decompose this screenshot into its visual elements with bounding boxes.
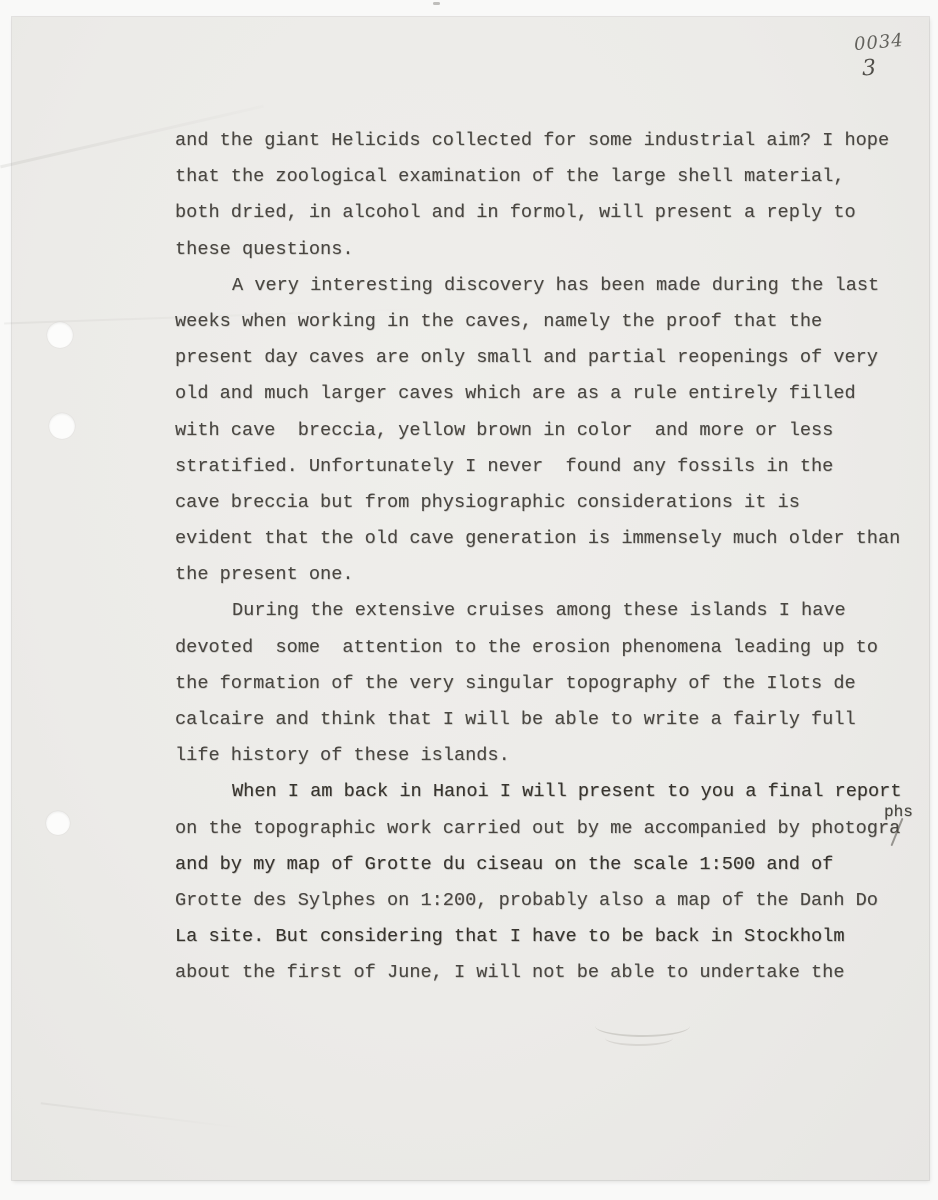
typed-line: La site. But considering that I have to … (175, 919, 937, 955)
scan-speck (433, 2, 440, 5)
punch-hole (49, 413, 75, 439)
typed-line: both dried, in alcohol and in formol, wi… (175, 195, 937, 231)
typed-line: the formation of the very singular topog… (175, 666, 937, 702)
paper-crease-mark (595, 1015, 690, 1046)
typed-line: that the zoological examination of the l… (175, 159, 937, 195)
typed-line: cave breccia but from physiographic cons… (175, 485, 937, 521)
typed-line: life history of these islands. (175, 738, 937, 774)
typed-line: about the first of June, I will not be a… (175, 955, 937, 991)
typed-text-block: and the giant Helicids collected for som… (175, 123, 937, 992)
typed-insertion-phs: phs (884, 803, 913, 821)
typed-line: and the giant Helicids collected for som… (175, 123, 937, 159)
typed-line: and by my map of Grotte du ciseau on the… (175, 847, 937, 883)
punch-hole (46, 811, 70, 835)
page-number: 3 (861, 56, 876, 82)
typed-line: on the topographic work carried out by m… (175, 811, 937, 847)
crease-arc (605, 1030, 673, 1046)
typed-line: these questions. (175, 232, 937, 268)
archive-number: 0034 (853, 30, 904, 55)
typed-line: devoted some attention to the erosion ph… (175, 630, 937, 666)
typed-line: evident that the old cave generation is … (175, 521, 937, 557)
typed-line: Grotte des Sylphes on 1:200, probably al… (175, 883, 937, 919)
typed-line: stratified. Unfortunately I never found … (175, 449, 937, 485)
typed-line: present day caves are only small and par… (175, 340, 937, 376)
typed-line: calcaire and think that I will be able t… (175, 702, 937, 738)
typed-line: with cave breccia, yellow brown in color… (175, 413, 937, 449)
typed-line: weeks when working in the caves, namely … (175, 304, 937, 340)
typed-line: During the extensive cruises among these… (175, 593, 937, 629)
paper-sheet: 0034 3 and the giant Helicids collected … (12, 17, 929, 1180)
paper-crease (41, 1102, 250, 1130)
typed-line: old and much larger caves which are as a… (175, 376, 937, 412)
punch-hole (47, 322, 73, 348)
typed-line: the present one. (175, 557, 937, 593)
typed-line: When I am back in Hanoi I will present t… (175, 774, 937, 810)
typed-line: A very interesting discovery has been ma… (175, 268, 937, 304)
